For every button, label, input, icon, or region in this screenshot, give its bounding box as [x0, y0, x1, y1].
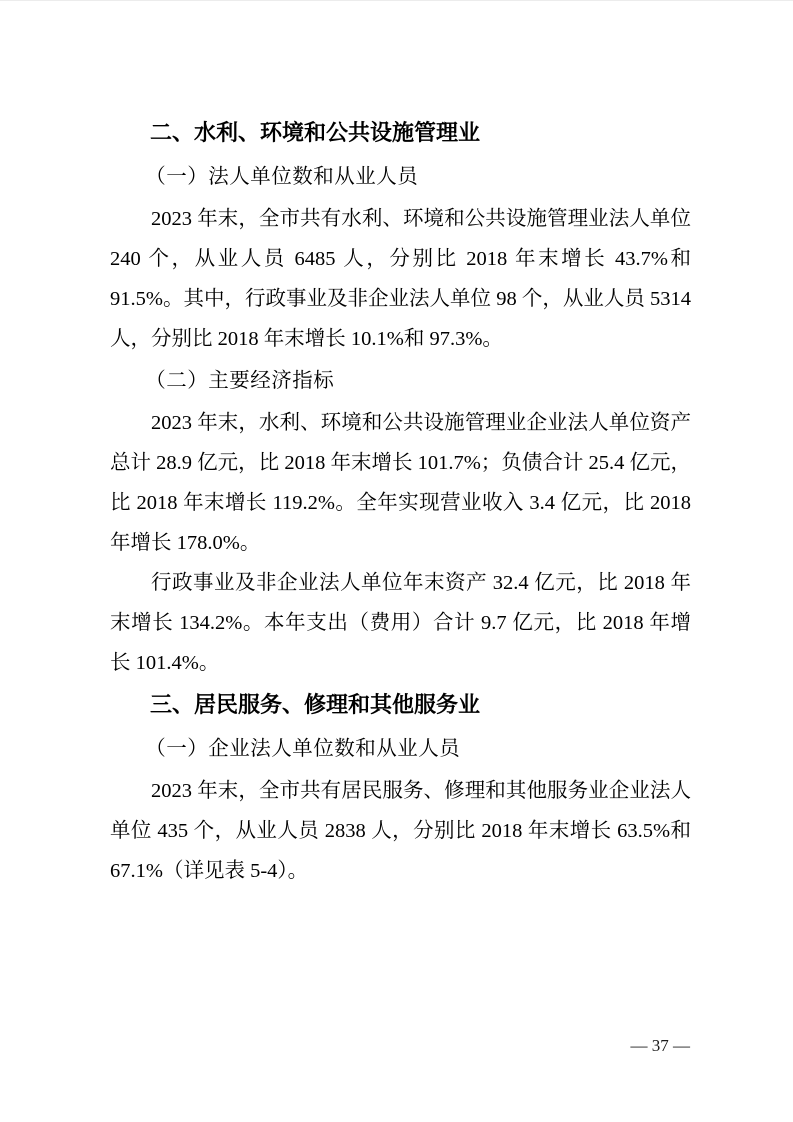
- section-heading-water-environment: 二、水利、环境和公共设施管理业: [110, 111, 691, 155]
- paragraph-resident-services-stats: 2023 年末，全市共有居民服务、修理和其他服务业企业法人单位 435 个，从业…: [110, 771, 691, 891]
- page-footer: — 37 —: [631, 1034, 691, 1058]
- document-page: 二、水利、环境和公共设施管理业 （一）法人单位数和从业人员 2023 年末，全市…: [0, 0, 793, 1122]
- document-content: 二、水利、环境和公共设施管理业 （一）法人单位数和从业人员 2023 年末，全市…: [110, 111, 691, 891]
- section-heading-resident-services: 三、居民服务、修理和其他服务业: [110, 683, 691, 727]
- paragraph-enterprise-assets-stats: 2023 年末，水利、环境和公共设施管理业企业法人单位资产总计 28.9 亿元，…: [110, 403, 691, 563]
- page-number: — 37 —: [631, 1036, 691, 1055]
- subsection-heading-enterprise-entities: （一）企业法人单位数和从业人员: [110, 727, 691, 771]
- paragraph-legal-entities-stats: 2023 年末，全市共有水利、环境和公共设施管理业法人单位 240 个，从业人员…: [110, 199, 691, 359]
- paragraph-admin-assets-stats: 行政事业及非企业法人单位年末资产 32.4 亿元，比 2018 年末增长 134…: [110, 563, 691, 683]
- subsection-heading-economic-indicators: （二）主要经济指标: [110, 359, 691, 403]
- subsection-heading-legal-entities: （一）法人单位数和从业人员: [110, 155, 691, 199]
